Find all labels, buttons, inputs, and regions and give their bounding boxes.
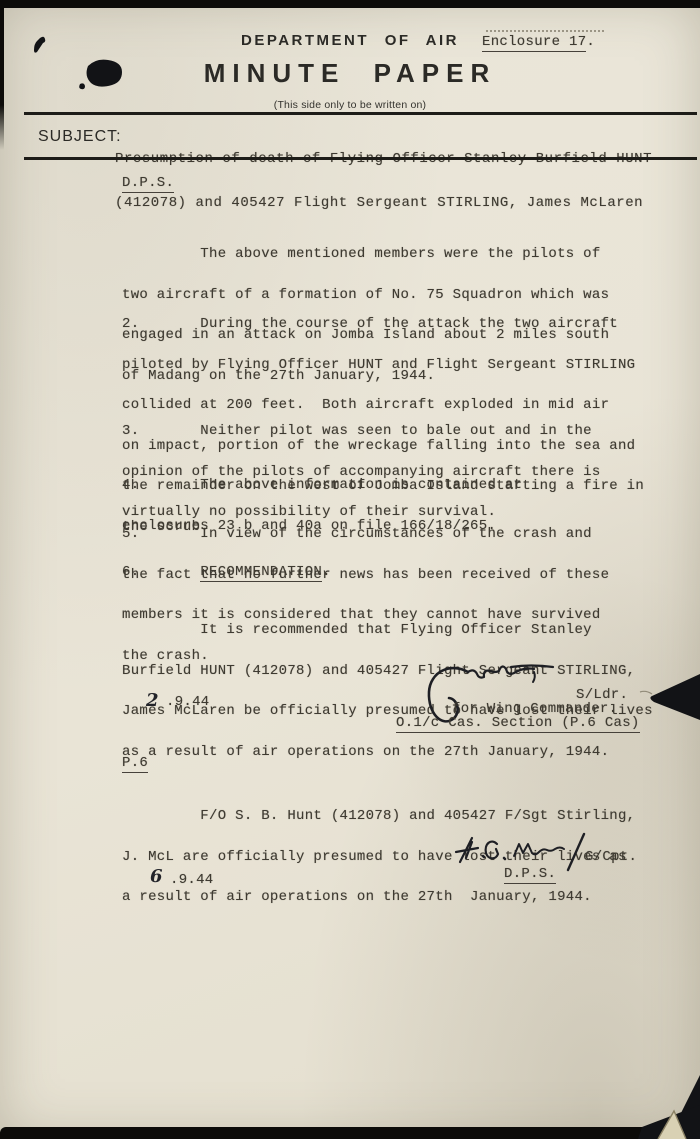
page-title-text: MINUTE PAPER bbox=[204, 58, 497, 88]
header-note: (This side only to be written on) bbox=[0, 99, 700, 111]
scan-edge-top bbox=[0, 0, 700, 8]
recommendation-line: as a result of air operations on the 27t… bbox=[122, 746, 653, 760]
para6-number: 6. bbox=[122, 564, 200, 580]
signature1-section-text: O.1/c Cas. Section (P.6 Cas) bbox=[396, 715, 640, 733]
minute-paper-document: DEPARTMENT OF AIR Enclosure 17. MINUTE P… bbox=[0, 0, 700, 1139]
recommendation-heading: RECOMMENDATION bbox=[200, 564, 322, 582]
enclosure-label: Enclosure 17 bbox=[482, 34, 586, 52]
scan-edge-bottom bbox=[0, 1127, 662, 1139]
addressee: D.P.S. bbox=[122, 177, 174, 191]
para1-line: The above mentioned members were the pil… bbox=[122, 248, 609, 262]
p6-heading-text: P.6 bbox=[122, 755, 148, 773]
signature2-unit: D.P.S. bbox=[504, 868, 556, 882]
date1-handwritten-day: 2 bbox=[146, 690, 159, 711]
department-heading-text: DEPARTMENT OF AIR bbox=[241, 32, 459, 49]
faint-dotted-mark bbox=[486, 30, 604, 32]
page-title: MINUTE PAPER bbox=[0, 58, 700, 89]
date2-typed: .9.44 bbox=[170, 874, 214, 888]
rule-bottom bbox=[24, 157, 697, 160]
signature2-typed-rank: G/Cpt. bbox=[585, 851, 637, 865]
paragraph-6-heading: 6. RECOMMENDATION. bbox=[122, 566, 331, 580]
para5-line: 5. In view of the circumstances of the c… bbox=[122, 528, 609, 542]
para2-line: 2. During the course of the attack the t… bbox=[122, 318, 644, 332]
para4-line: 4. The above information is contained at bbox=[122, 479, 522, 493]
para2-line: piloted by Flying Officer HUNT and Fligh… bbox=[122, 359, 644, 373]
para6-period: . bbox=[322, 564, 331, 580]
folded-corner bbox=[628, 1075, 700, 1139]
signature2-unit-text: D.P.S. bbox=[504, 866, 556, 884]
enclosure-period: . bbox=[586, 34, 595, 50]
date1-typed: .9.44 bbox=[166, 696, 210, 710]
signature1-section: O.1/c Cas. Section (P.6 Cas) bbox=[396, 717, 640, 731]
date2-handwritten-day: 6 bbox=[150, 866, 163, 887]
subject-line-2: (412078) and 405427 Flight Sergeant STIR… bbox=[115, 196, 652, 211]
enclosure-number: Enclosure 17. bbox=[482, 36, 595, 50]
p6-heading: P.6 bbox=[122, 757, 148, 771]
para3-line: 3. Neither pilot was seen to bale out an… bbox=[122, 425, 601, 439]
header-note-text: (This side only to be written on) bbox=[274, 99, 427, 111]
recommendation-line: It is recommended that Flying Officer St… bbox=[122, 624, 653, 638]
rule-top bbox=[24, 112, 697, 115]
p6-line: F/O S. B. Hunt (412078) and 405427 F/Sgt… bbox=[122, 810, 635, 824]
subject-label: SUBJECT: bbox=[38, 128, 122, 146]
p6-line: a result of air operations on the 27th J… bbox=[122, 891, 635, 905]
addressee-text: D.P.S. bbox=[122, 175, 174, 193]
